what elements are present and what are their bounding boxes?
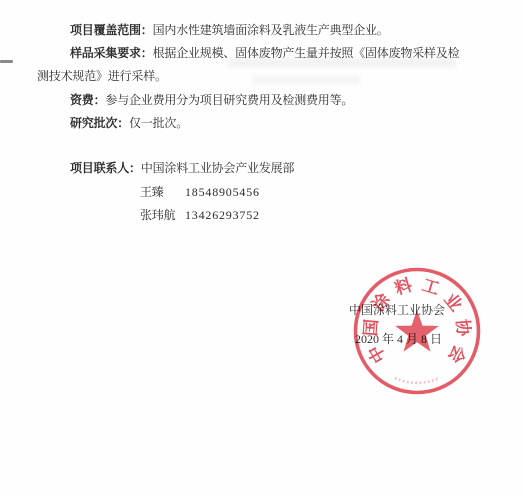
contact-person-phone: 13426293752 [185, 208, 260, 222]
scan-artifact [0, 60, 13, 63]
paragraph-label: 研究批次： [70, 116, 129, 130]
seal-character: 协 [453, 318, 474, 337]
paragraph-research-batch: 研究批次：仅一批次。 [70, 116, 188, 132]
seal-character: 国 [361, 318, 381, 336]
scan-artifact [252, 76, 360, 84]
paragraph-fees: 资费：参与企业费用分为项目研究费用及检测费用等。 [70, 93, 353, 109]
paragraph-sampling-requirements: 样品采集要求：根据企业规模、固体废物产生量并按照《固体废物采样及检 [70, 46, 459, 62]
contact-org: 中国涂料工业协会产业发展部 [141, 161, 294, 175]
seal-character: 中 [364, 342, 390, 367]
paragraph-text: 根据企业规模、固体废物产生量并按照《固体废物采样及检 [153, 46, 460, 60]
document-page: 项目覆盖范围：国内水性建筑墙面涂料及乳液生产典型企业。 样品采集要求：根据企业规… [0, 0, 524, 498]
paragraph-text: 仅一批次。 [129, 116, 188, 130]
seal-character: 工 [420, 275, 442, 298]
paragraph-sampling-requirements-cont: 测技术规范》进行采样。 [37, 69, 167, 85]
seal-serial-marks [395, 378, 439, 383]
contact-person-row: 张玮航13426293752 [140, 208, 260, 224]
contact-person-row: 王臻18548905456 [140, 185, 260, 201]
seal-star-icon [395, 310, 439, 352]
contact-person-name: 张玮航 [140, 208, 185, 224]
paragraph-label: 项目覆盖范围： [70, 23, 153, 37]
contact-label: 项目联系人： [70, 161, 141, 175]
paragraph-project-scope: 项目覆盖范围：国内水性建筑墙面涂料及乳液生产典型企业。 [70, 23, 389, 39]
seal-character: 料 [392, 274, 414, 298]
seal-character: 会 [444, 342, 470, 367]
paragraph-text: 参与企业费用分为项目研究费用及检测费用等。 [105, 93, 353, 107]
seal-character: 涂 [367, 289, 394, 316]
paragraph-text: 测技术规范》进行采样。 [37, 69, 167, 83]
paragraph-text: 国内水性建筑墙面涂料及乳液生产典型企业。 [153, 23, 389, 37]
paragraph-label: 资费： [70, 93, 105, 107]
official-seal: 中国涂料工业协会 [347, 261, 487, 401]
contact-person-name: 王臻 [140, 185, 185, 201]
seal-character: 业 [440, 290, 465, 315]
contact-person-phone: 18548905456 [185, 185, 260, 199]
paragraph-label: 样品采集要求： [70, 46, 153, 60]
contact-header: 项目联系人：中国涂料工业协会产业发展部 [70, 161, 294, 177]
